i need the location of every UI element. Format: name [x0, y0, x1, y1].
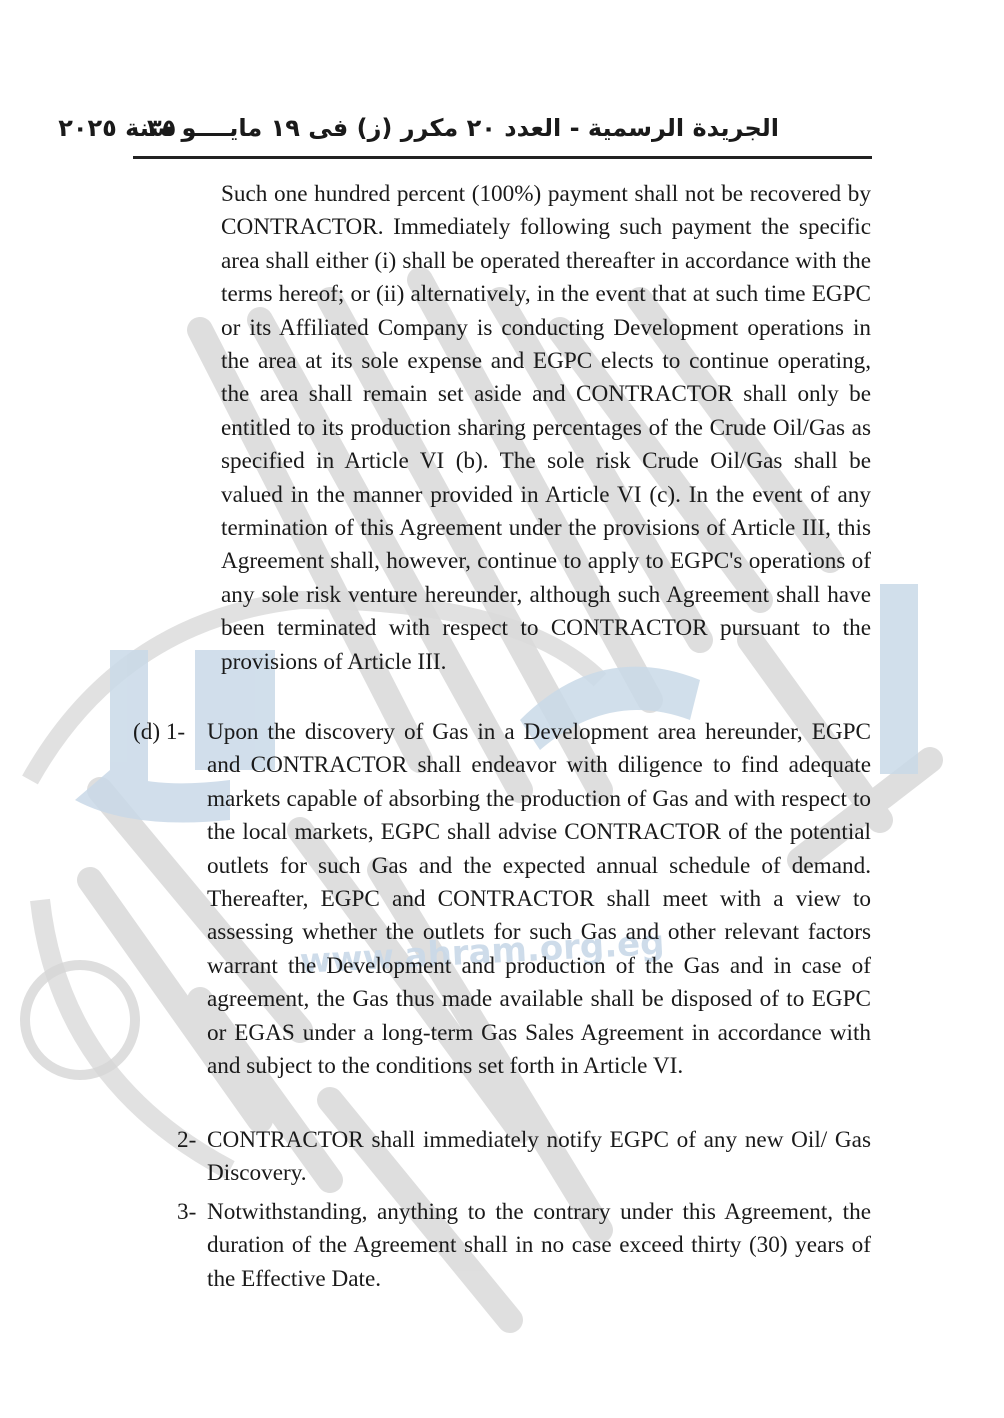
- section-d-item-2-label: 2-: [177, 1124, 196, 1157]
- section-d-item-3-label: 3-: [177, 1196, 196, 1229]
- section-d-label: (d) 1-: [133, 716, 185, 749]
- section-d-item-3: Notwithstanding, anything to the contrar…: [207, 1196, 871, 1296]
- section-d-item-2: CONTRACTOR shall immediately notify EGPC…: [207, 1124, 871, 1191]
- page-header: ٣٥ الجريدة الرسمية - العدد ٢٠ مكرر (ز) ف…: [133, 112, 871, 152]
- paragraph-sole-risk: Such one hundred percent (100%) payment …: [221, 178, 871, 679]
- section-d-item-1: Upon the discovery of Gas in a Developme…: [207, 716, 871, 1083]
- header-divider: [133, 156, 872, 159]
- gazette-title: الجريدة الرسمية - العدد ٢٠ مكرر (ز) فى ١…: [58, 114, 779, 142]
